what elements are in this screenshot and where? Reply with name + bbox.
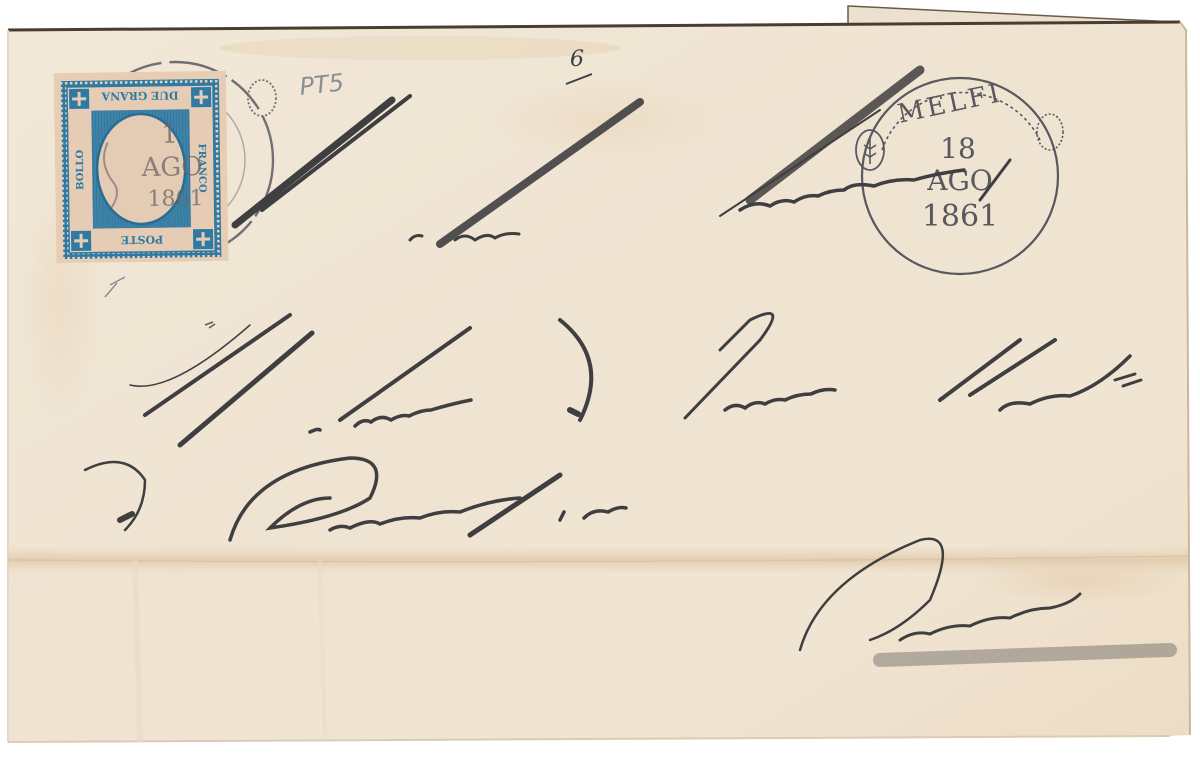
pencil-note-pt5: PT5: [298, 68, 345, 100]
stamp-left-text: BOLLO: [75, 149, 87, 190]
postmark-year: 1861: [922, 199, 998, 234]
stamp-top-text: DUE GRANA: [101, 88, 179, 102]
svg-text:AGO: AGO: [140, 152, 202, 183]
letter-scan: DUE GRANA POSTE BOLLO FRANCO 1 AGO 1861 …: [0, 0, 1200, 760]
svg-text:1: 1: [161, 119, 178, 149]
postage-stamp: DUE GRANA POSTE BOLLO FRANCO 1 AGO 1861: [54, 71, 229, 263]
pencil-note-6: 6: [570, 47, 584, 72]
svg-text:1861: 1861: [147, 186, 203, 212]
stamp-bottom-text: POSTE: [121, 233, 164, 247]
postmark-day: 18: [940, 132, 976, 165]
